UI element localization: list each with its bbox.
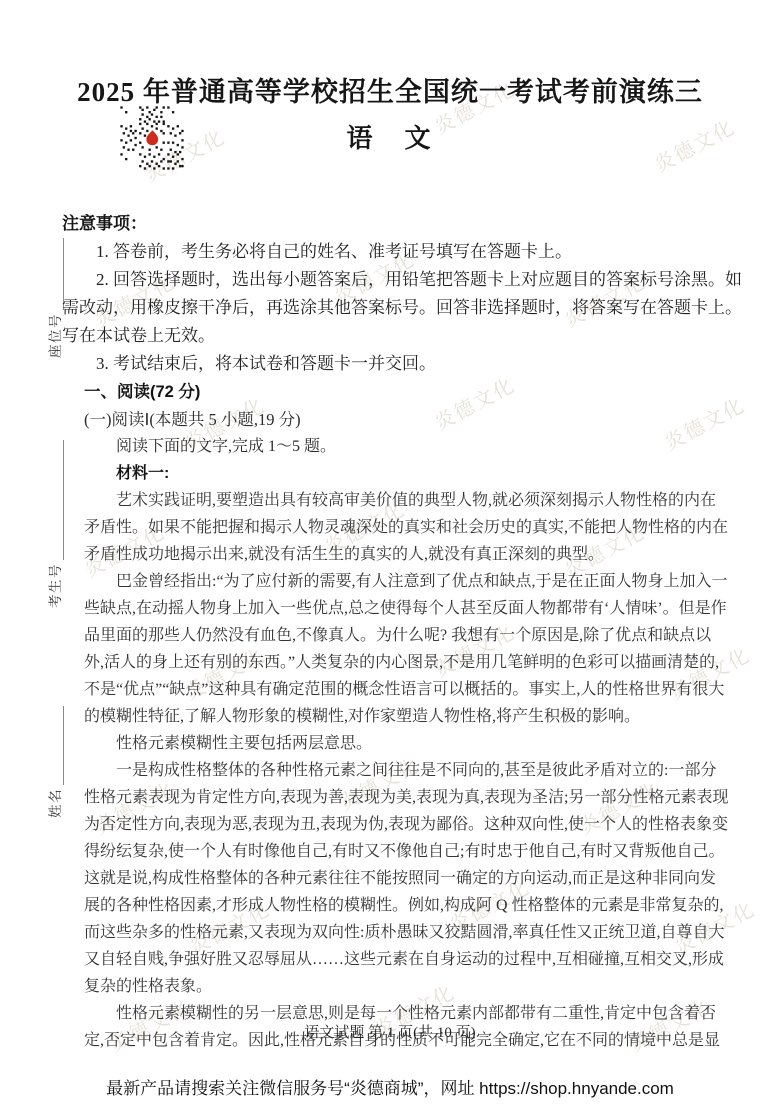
- candidate-number-field: 考生号: [46, 440, 64, 608]
- reading-section: 一、阅读(72 分) (一)阅读Ⅰ(本题共 5 小题,19 分) 阅读下面的文字…: [84, 379, 730, 1054]
- body-paragraph: 性格元素模糊性主要包括两层意思。: [84, 730, 730, 757]
- subject-title: 语 文: [0, 118, 780, 155]
- name-label: 姓名: [44, 788, 64, 818]
- reading-instruction: 阅读下面的文字,完成 1～5 题。: [84, 433, 730, 460]
- candidate-number-line: [50, 440, 64, 560]
- notice-item: 2. 回答选择题时，选出每小题答案后，用铅笔把答题卡上对应题目的答案标号涂黑。如…: [62, 266, 742, 350]
- exam-page: 炎德文化 炎德文化 炎德文化 炎德文化 炎德文化 炎德文化 炎德文化 炎德文化 …: [0, 0, 780, 1104]
- body-paragraph: 巴金曾经指出:“为了应付新的需要,有人注意到了优点和缺点,于是在正面人物身上加入…: [84, 568, 730, 730]
- subsection-heading: (一)阅读Ⅰ(本题共 5 小题,19 分): [84, 406, 730, 433]
- body-paragraph: 一是构成性格整体的各种性格元素之间往往是不同向的,甚至是彼此矛盾对立的:一部分性…: [84, 757, 730, 1000]
- material-label: 材料一:: [84, 460, 730, 487]
- notice-item: 1. 答卷前，考生务必将自己的姓名、准考证号填写在答题卡上。: [62, 238, 742, 266]
- candidate-number-label: 考生号: [44, 563, 64, 608]
- notice-item: 3. 考试结束后，将本试卷和答题卡一并交回。: [62, 350, 742, 378]
- name-field: 姓名: [46, 706, 64, 818]
- promo-bar: 最新产品请搜索关注微信服务号“炎德商城”，网址 https://shop.hny…: [0, 1074, 780, 1099]
- notice-heading: 注意事项：: [62, 210, 742, 238]
- seat-number-label: 座位号: [44, 313, 64, 358]
- page-number: 语文试题 第 1 页(共 10 页): [0, 1021, 780, 1042]
- body-paragraph: 艺术实践证明,要塑造出具有较高审美价值的典型人物,就必须深刻揭示人物性格的内在矛…: [84, 487, 730, 568]
- name-line: [50, 706, 64, 785]
- section-heading: 一、阅读(72 分): [84, 379, 730, 406]
- notice-section: 注意事项： 1. 答卷前，考生务必将自己的姓名、准考证号填写在答题卡上。 2. …: [62, 210, 742, 378]
